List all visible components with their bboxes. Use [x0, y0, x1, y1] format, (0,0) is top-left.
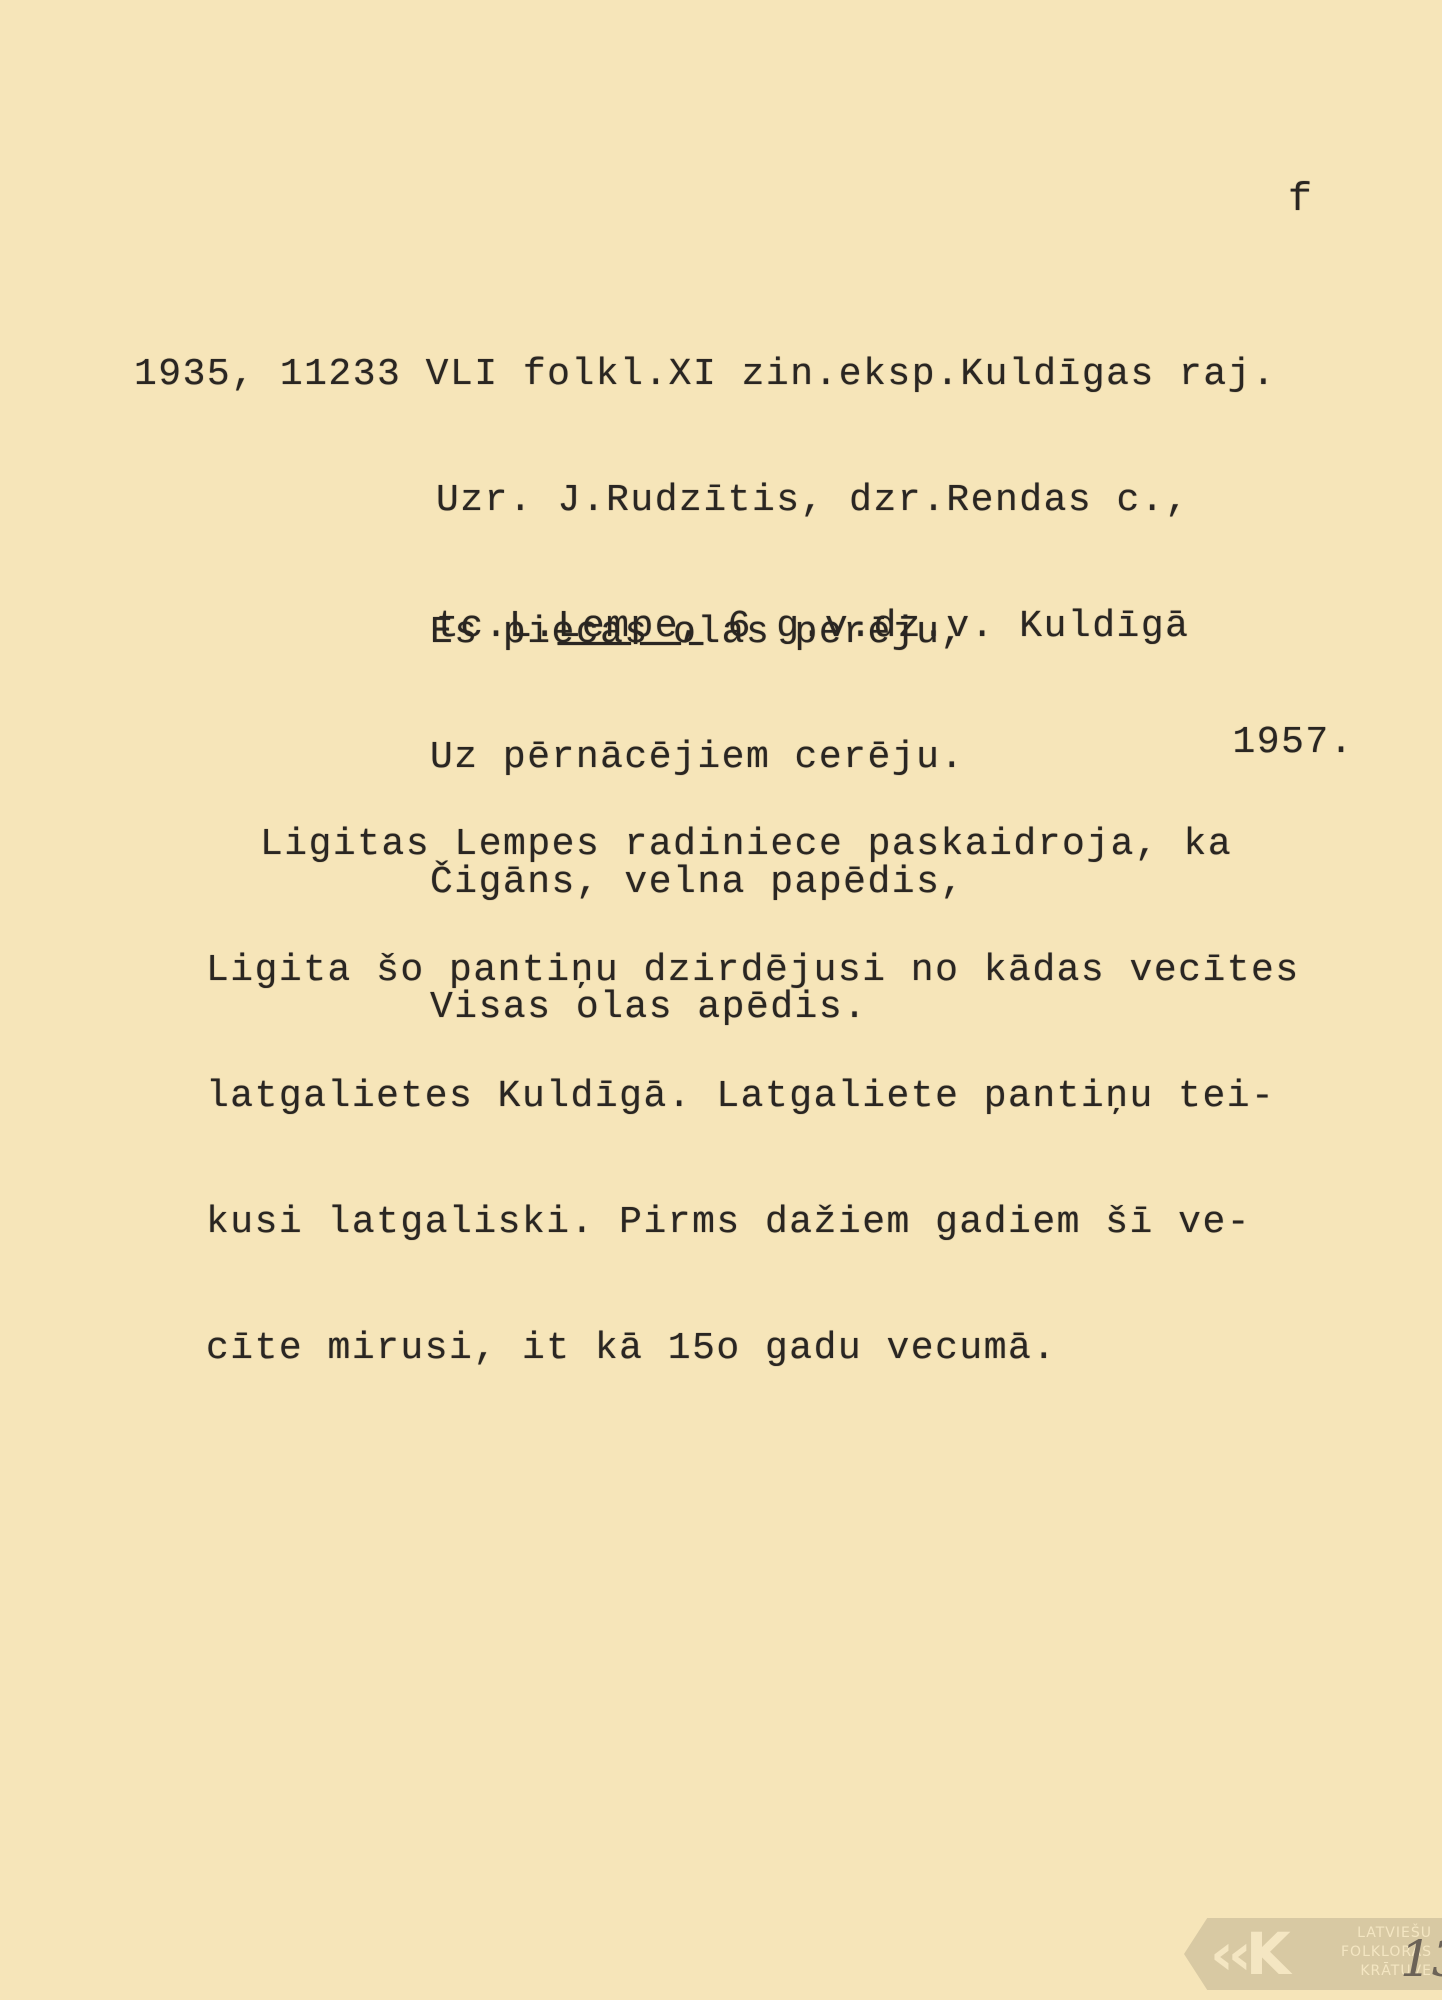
header-archive-reference: 1935, 11233 VLI folkl.XI zin.eksp.Kuldīg…	[134, 354, 1354, 396]
note-line: latgalietes Kuldīgā. Latgaliete pantiņu …	[206, 1076, 1300, 1118]
note-line: kusi latgaliski. Pirms dažiem gadiem šī …	[206, 1202, 1300, 1244]
page-mark-letter: f	[1288, 180, 1314, 222]
note-line: Ligita šo pantiņu dzirdējusi no kādas ve…	[206, 950, 1300, 992]
lfk-logo-icon: ‹‹K	[1210, 1922, 1285, 1986]
handwritten-page-number: 13	[1400, 1930, 1442, 1988]
header-collector-line: Uzr. J.Rudzītis, dzr.Rendas c.,	[134, 480, 1354, 522]
verse-line: Es piecas olas perēju,	[430, 612, 965, 653]
explanatory-note: Ligitas Lempes radiniece paskaidroja, ka…	[206, 740, 1300, 1412]
note-line: cīte mirusi, it kā 15o gadu vecumā.	[206, 1328, 1300, 1370]
note-line: Ligitas Lempes radiniece paskaidroja, ka	[206, 824, 1300, 866]
